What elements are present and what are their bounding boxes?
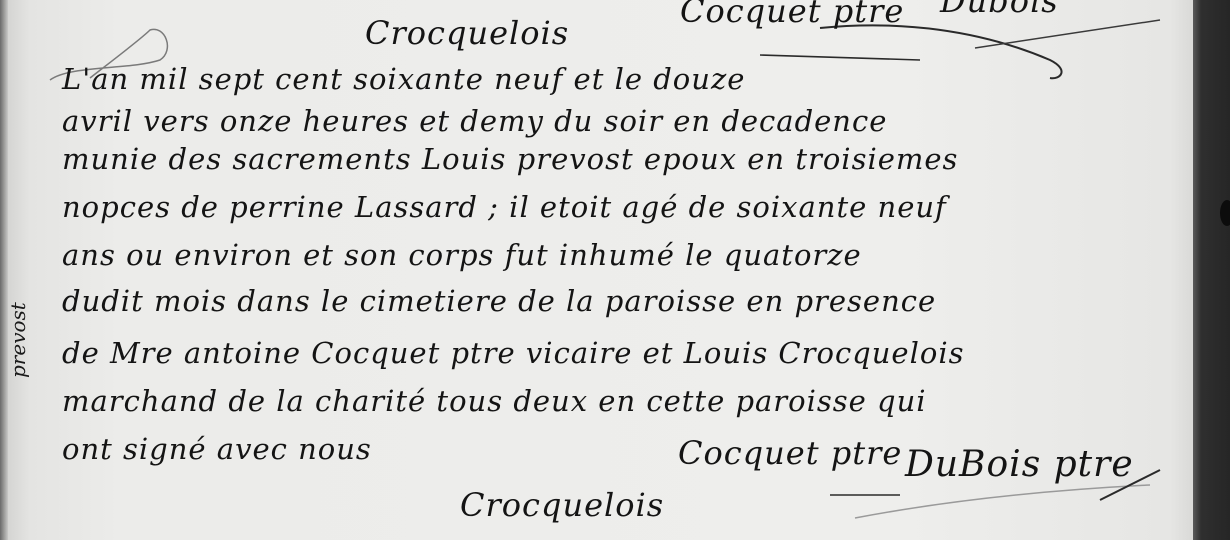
signature-cocquet-bottom: Cocquet ptre — [678, 434, 902, 472]
signature-dubois-top: Dubois — [940, 0, 1059, 20]
signature-cocquet-top: Cocquet ptre — [680, 0, 904, 30]
body-line-9: ont signé avec nous — [62, 432, 372, 466]
register-page: Crocquelois Cocquet ptre Dubois prevost … — [0, 0, 1205, 540]
book-binding-edge — [1193, 0, 1230, 540]
body-line-5: ans ou environ et son corps fut inhumé l… — [62, 238, 862, 272]
signature-crocquelois-bottom: Crocquelois — [460, 486, 664, 524]
body-line-4: nopces de perrine Lassard ; il etoit agé… — [62, 190, 947, 224]
body-line-3: munie des sacrements Louis prevost epoux… — [62, 142, 958, 176]
signature-crocquelois-top: Crocquelois — [365, 14, 569, 52]
body-line-8: marchand de la charité tous deux en cett… — [62, 384, 927, 418]
body-line-2: avril vers onze heures et demy du soir e… — [62, 104, 887, 138]
body-line-1: L'an mil sept cent soixante neuf et le d… — [62, 62, 745, 96]
binding-hole — [1220, 200, 1230, 226]
margin-note-name: prevost — [6, 302, 30, 378]
signature-dubois-bottom: DuBois ptre — [905, 444, 1134, 485]
body-line-7: de Mre antoine Cocquet ptre vicaire et L… — [62, 336, 964, 370]
body-line-6: dudit mois dans le cimetiere de la paroi… — [62, 284, 936, 318]
